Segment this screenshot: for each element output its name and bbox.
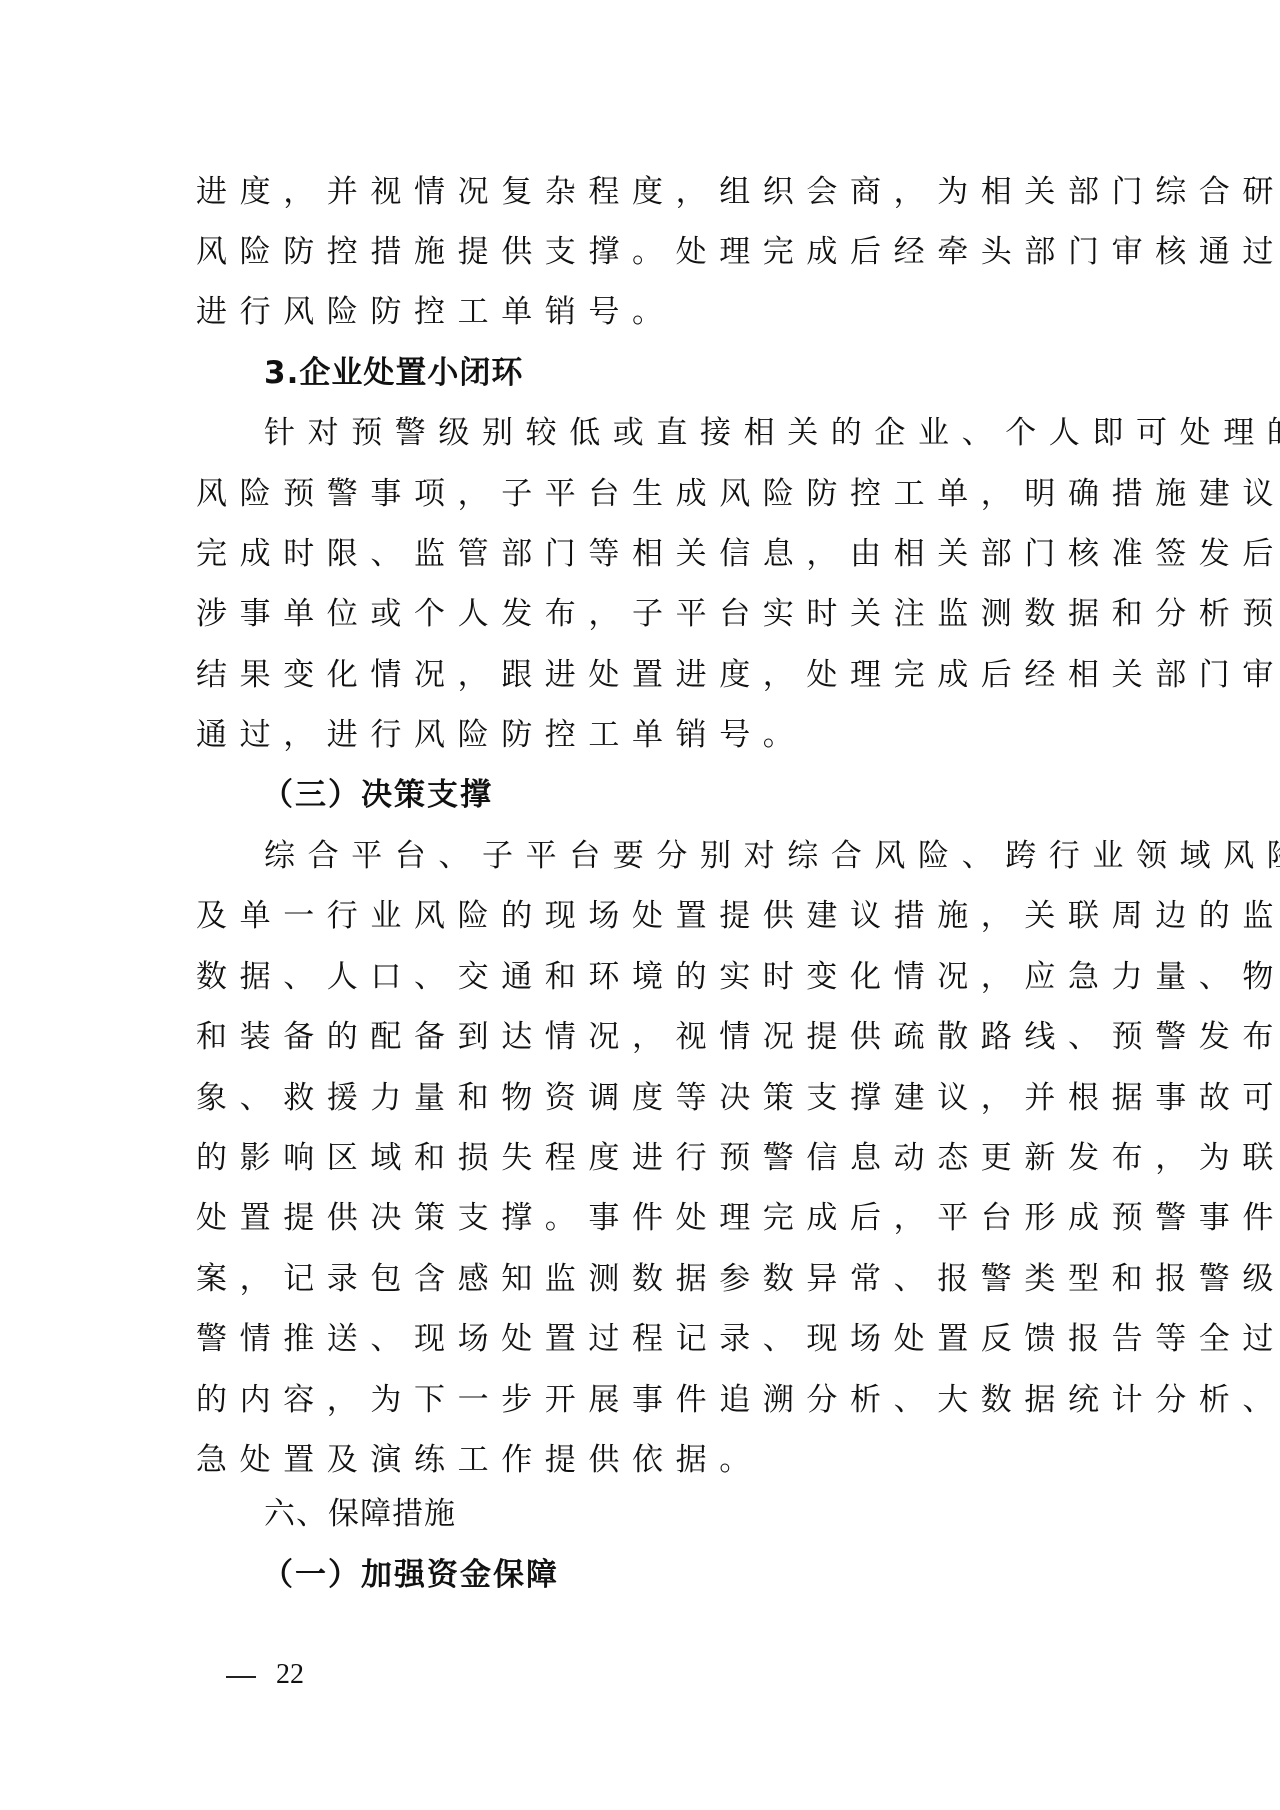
- document-page: 进度，并视情况复杂程度，组织会商，为相关部门综合研究 风险防控措施提供支撑。处理…: [0, 0, 1280, 1810]
- body-line: 针对预警级别较低或直接相关的企业、个人即可处理的: [264, 403, 1164, 463]
- section-heading: （三）决策支撑: [262, 765, 1162, 825]
- body-line: 及单一行业风险的现场处置提供建议措施，关联周边的监测: [196, 886, 1096, 946]
- body-line: 进度，并视情况复杂程度，组织会商，为相关部门综合研究: [196, 162, 1096, 222]
- body-line: 急处置及演练工作提供依据。: [196, 1430, 1096, 1490]
- body-line: 风险防控措施提供支撑。处理完成后经牵头部门审核通过，: [196, 222, 1096, 282]
- body-line: 涉事单位或个人发布，子平台实时关注监测数据和分析预警: [196, 584, 1096, 644]
- page-number: 22: [226, 1655, 304, 1695]
- body-line: 进行风险防控工单销号。: [196, 282, 1096, 342]
- subsection-heading: 3.企业处置小闭环: [264, 343, 1164, 403]
- body-line: 的内容，为下一步开展事件追溯分析、大数据统计分析、应: [196, 1370, 1096, 1430]
- body-line: 通过，进行风险防控工单销号。: [196, 705, 1096, 765]
- body-line: 警情推送、现场处置过程记录、现场处置反馈报告等全过程: [196, 1309, 1096, 1369]
- body-line: 和装备的配备到达情况，视情况提供疏散路线、预警发布对: [196, 1007, 1096, 1067]
- body-line: 风险预警事项，子平台生成风险防控工单，明确措施建议、: [196, 464, 1096, 524]
- body-line: 处置提供决策支撑。事件处理完成后，平台形成预警事件档: [196, 1188, 1096, 1248]
- body-line: 综合平台、子平台要分别对综合风险、跨行业领域风险: [264, 826, 1164, 886]
- page-number-value: 22: [276, 1659, 304, 1690]
- body-line: 结果变化情况，跟进处置进度，处理完成后经相关部门审核: [196, 645, 1096, 705]
- body-line: 象、救援力量和物资调度等决策支撑建议，并根据事故可能: [196, 1068, 1096, 1128]
- body-line: 案，记录包含感知监测数据参数异常、报警类型和报警级别、: [196, 1249, 1096, 1309]
- page-number-dash: [226, 1676, 256, 1678]
- body-line: 完成时限、监管部门等相关信息，由相关部门核准签发后向: [196, 524, 1096, 584]
- body-line: 的影响区域和损失程度进行预警信息动态更新发布，为联动: [196, 1128, 1096, 1188]
- chapter-heading: 六、保障措施: [264, 1484, 1164, 1544]
- body-line: 数据、人口、交通和环境的实时变化情况，应急力量、物资: [196, 947, 1096, 1007]
- section-heading: （一）加强资金保障: [262, 1545, 1162, 1605]
